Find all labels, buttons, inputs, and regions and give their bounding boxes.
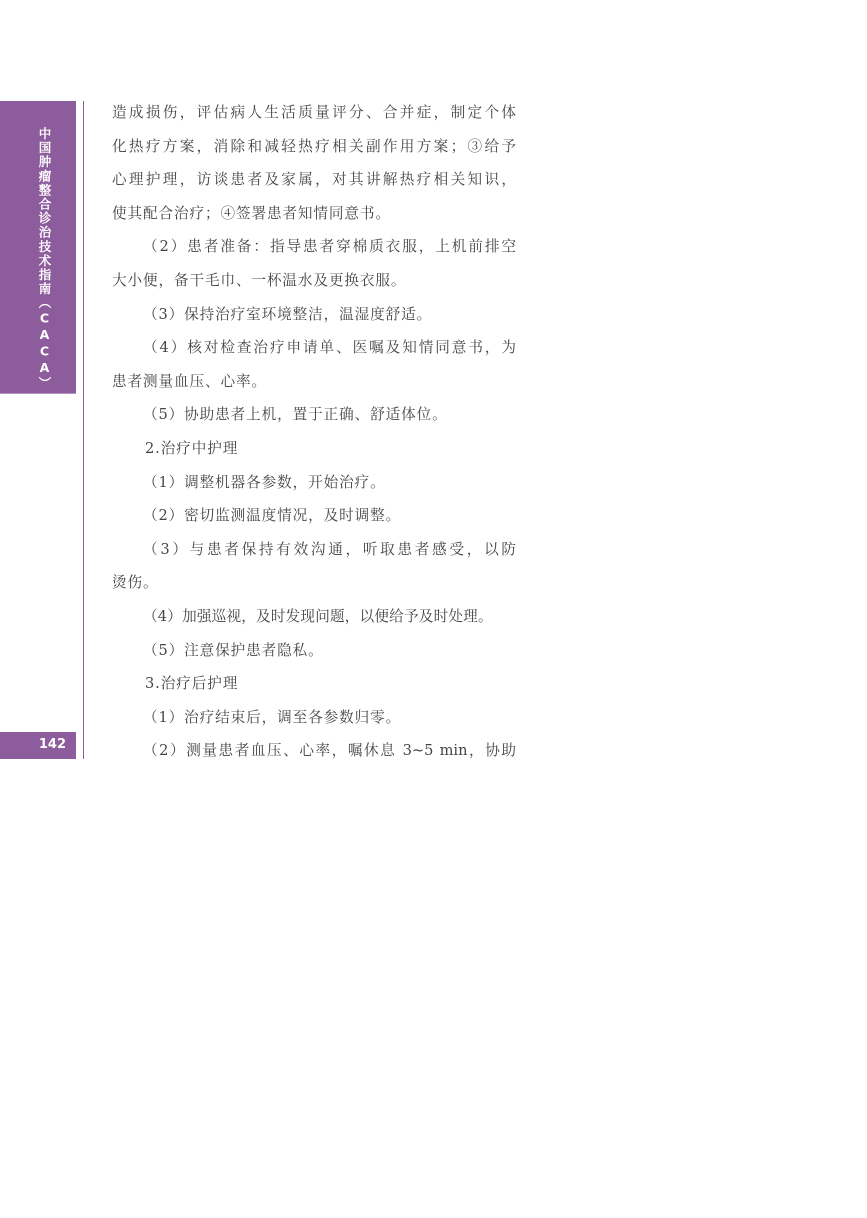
text-line: 大小便，备干毛巾、一杯温水及更换衣服。 bbox=[112, 264, 516, 298]
page-number-tab: 142 bbox=[0, 732, 76, 759]
list-item: （4）核对检查治疗申请单、医嘱及知情同意书，为 bbox=[112, 331, 516, 365]
text-line: 患者测量血压、心率。 bbox=[112, 365, 516, 399]
text-line: 烫伤。 bbox=[112, 566, 516, 600]
list-item: （1）调整机器各参数，开始治疗。 bbox=[112, 466, 516, 500]
list-item: （5）协助患者上机，置于正确、舒适体位。 bbox=[112, 398, 516, 432]
text-line: 造成损伤，评估病人生活质量评分、合并症，制定个体 bbox=[112, 96, 516, 130]
list-item: （4）加强巡视，及时发现问题，以便给予及时处理。 bbox=[112, 600, 516, 634]
list-item: （2）密切监测温度情况，及时调整。 bbox=[112, 499, 516, 533]
list-item: （3）与患者保持有效沟通，听取患者感受，以防 bbox=[112, 533, 516, 567]
body-text: 造成损伤，评估病人生活质量评分、合并症，制定个体 化热疗方案，消除和减轻热疗相关… bbox=[112, 96, 516, 768]
text-line: 心理护理，访谈患者及家属，对其讲解热疗相关知识， bbox=[112, 163, 516, 197]
page-number: 142 bbox=[39, 737, 66, 753]
list-item: （1）治疗结束后，调至各参数归零。 bbox=[112, 701, 516, 735]
text-line: 使其配合治疗；④签署患者知情同意书。 bbox=[112, 197, 516, 231]
book-title: 中国肿瘤整合诊治技术指南（CACA） bbox=[36, 127, 52, 391]
section-heading: 2.治疗中护理 bbox=[112, 432, 516, 466]
list-item: （2）患者准备：指导患者穿棉质衣服，上机前排空 bbox=[112, 230, 516, 264]
text-line: 化热疗方案，消除和减轻热疗相关副作用方案；③给予 bbox=[112, 130, 516, 164]
list-item: （3）保持治疗室环境整洁，温湿度舒适。 bbox=[112, 298, 516, 332]
list-item: （2）测量患者血压、心率，嘱休息 3~5 min，协助 bbox=[112, 734, 516, 768]
section-heading: 3.治疗后护理 bbox=[112, 667, 516, 701]
list-item: （5）注意保护患者隐私。 bbox=[112, 634, 516, 668]
margin-divider-line bbox=[83, 101, 84, 759]
